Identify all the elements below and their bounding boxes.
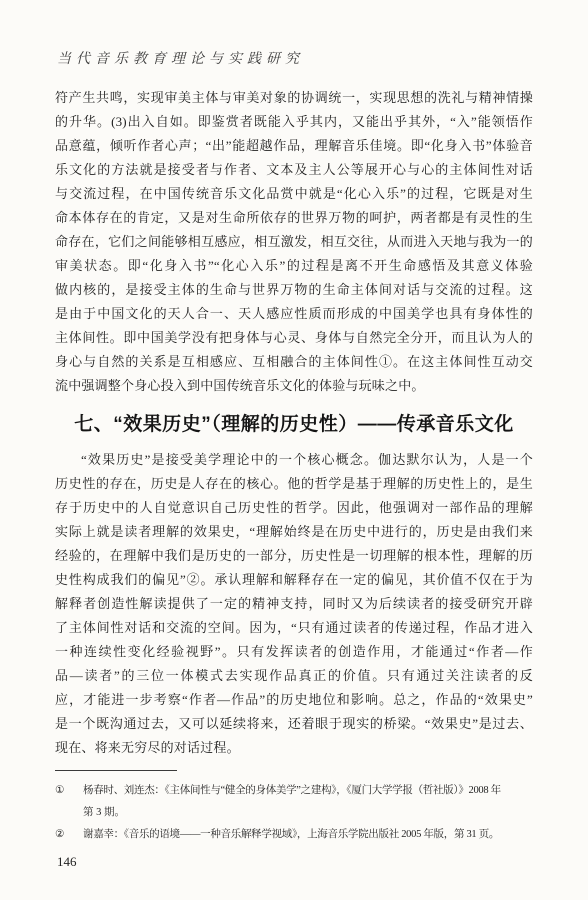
section-heading: 七、“效果历史”（理解的历史性）——传承音乐文化 xyxy=(55,410,533,440)
body-text-line: 解释者创造性解读提供了一定的精神支持，同时又为后续读者的接受研究开辟 xyxy=(55,592,533,616)
body-text-line: 实际上就是读者理解的效果史，“理解始终是在历史中进行的，历史是由我们来 xyxy=(55,520,533,544)
body-text-line: 品意蕴，倾听作者心声；“出”能超越作品，理解音乐佳境。即“化身入书”体验音 xyxy=(55,134,533,158)
page-content: 符产生共鸣，实现审美主体与审美对象的协调统一，实现思想的洗礼与精神情操 的升华。… xyxy=(55,86,533,846)
body-text-line: 历史性的存在，历史是人存在的核心。他的哲学是基于理解的历史性上的，是生 xyxy=(55,472,533,496)
body-text-line: 乐文化的方法就是接受者与作者、文本及主人公等展开心与心的主体间性对话 xyxy=(55,158,533,182)
body-text-line: 身心与自然的关系是互相感应、互相融合的主体间性①。在这主体间性互动交 xyxy=(55,350,533,374)
paragraph-2: “效果历史”是接受美学理论中的一个核心概念。伽达默尔认为，人是一个 历史性的存在… xyxy=(55,448,533,760)
body-text-line: 命本体存在的肯定，又是对生命所依存的世界万物的呵护，两者都是有灵性的生 xyxy=(55,206,533,230)
footnotes: ① 杨春时、刘连杰：《主体间性与“健全的身体美学”之建构》，《厦门大学学报（哲社… xyxy=(55,780,533,846)
body-text-line: 是由于中国文化的天人合一、天人感应性质而形成的中国美学也具有身体性的 xyxy=(55,302,533,326)
footnote-text: 谢嘉幸：《音乐的语境——一种音乐解释学视域》，上海音乐学院出版社 2005 年版… xyxy=(83,824,499,846)
body-text-line: 现在、将来无穷尽的对话过程。 xyxy=(55,736,533,760)
body-text-line: 存于历史中的人自觉意识自己历史性的哲学。因此，他强调对一部作品的理解 xyxy=(55,496,533,520)
body-text-line: 审美状态。即“化身入书”“化心入乐”的过程是离不开生命感悟及其意义体验 xyxy=(55,254,533,278)
body-text-line: 流中强调整个身心投入到中国传统音乐文化的体验与玩味之中。 xyxy=(55,374,533,398)
footnote-separator xyxy=(55,770,177,771)
body-text-line: 符产生共鸣，实现审美主体与审美对象的协调统一，实现思想的洗礼与精神情操 xyxy=(55,86,533,110)
body-text-line: 做内核的，是接受主体的生命与世界万物的生命主体间对话与交流的过程。这 xyxy=(55,278,533,302)
body-text-line: 了主体间性对话和交流的空间。因为，“只有通过读者的传递过程，作品才进入 xyxy=(55,616,533,640)
body-text-line: 的升华。(3)出入自如。即鉴赏者既能入乎其内，又能出乎其外，“入”能领悟作 xyxy=(55,110,533,134)
body-text-line: 与交流过程，在中国传统音乐文化品赏中就是“化心入乐”的过程，它既是对生 xyxy=(55,182,533,206)
book-page: 当代音乐教育理论与实践研究 符产生共鸣，实现审美主体与审美对象的协调统一，实现思… xyxy=(0,0,588,900)
running-header: 当代音乐教育理论与实践研究 xyxy=(57,48,304,68)
body-text-line: 应，才能进一步考察“作者—作品”的历史地位和影响。总之，作品的“效果史” xyxy=(55,688,533,712)
footnote-text: 杨春时、刘连杰：《主体间性与“健全的身体美学”之建构》，《厦门大学学报（哲社版）… xyxy=(83,780,501,802)
body-text-line: 史性构成我们的偏见”②。承认理解和解释存在一定的偏见，其价值不仅在于为 xyxy=(55,568,533,592)
body-text-line: 品—读者”的三位一体模式去实现作品真正的价值。只有通过关注读者的反 xyxy=(55,664,533,688)
footnote-1-continuation: 第 3 期。 xyxy=(55,802,533,824)
footnote-1: ① 杨春时、刘连杰：《主体间性与“健全的身体美学”之建构》，《厦门大学学报（哲社… xyxy=(55,780,533,802)
page-number: 146 xyxy=(57,854,77,870)
body-text-line: 是一个既沟通过去，又可以延续将来，还着眼于现实的桥梁。“效果史”是过去、 xyxy=(55,712,533,736)
body-text-line: 主体间性。即中国美学没有把身体与心灵、身体与自然完全分开，而且认为人的 xyxy=(55,326,533,350)
footnote-2: ② 谢嘉幸：《音乐的语境——一种音乐解释学视域》，上海音乐学院出版社 2005 … xyxy=(55,824,533,846)
body-text-line: 经验的，在理解中我们是历史的一部分，历史性是一切理解的根本性，理解的历 xyxy=(55,544,533,568)
body-text-line: 一种连续性变化经验视野”。只有发挥读者的创造作用，才能通过“作者—作 xyxy=(55,640,533,664)
body-text-line: 命存在，它们之间能够相互感应，相互激发，相互交往，从而进入天地与我为一的 xyxy=(55,230,533,254)
body-text-line: “效果历史”是接受美学理论中的一个核心概念。伽达默尔认为，人是一个 xyxy=(55,448,533,472)
footnote-marker: ② xyxy=(55,824,83,846)
paragraph-1: 符产生共鸣，实现审美主体与审美对象的协调统一，实现思想的洗礼与精神情操 的升华。… xyxy=(55,86,533,398)
footnote-marker: ① xyxy=(55,780,83,802)
